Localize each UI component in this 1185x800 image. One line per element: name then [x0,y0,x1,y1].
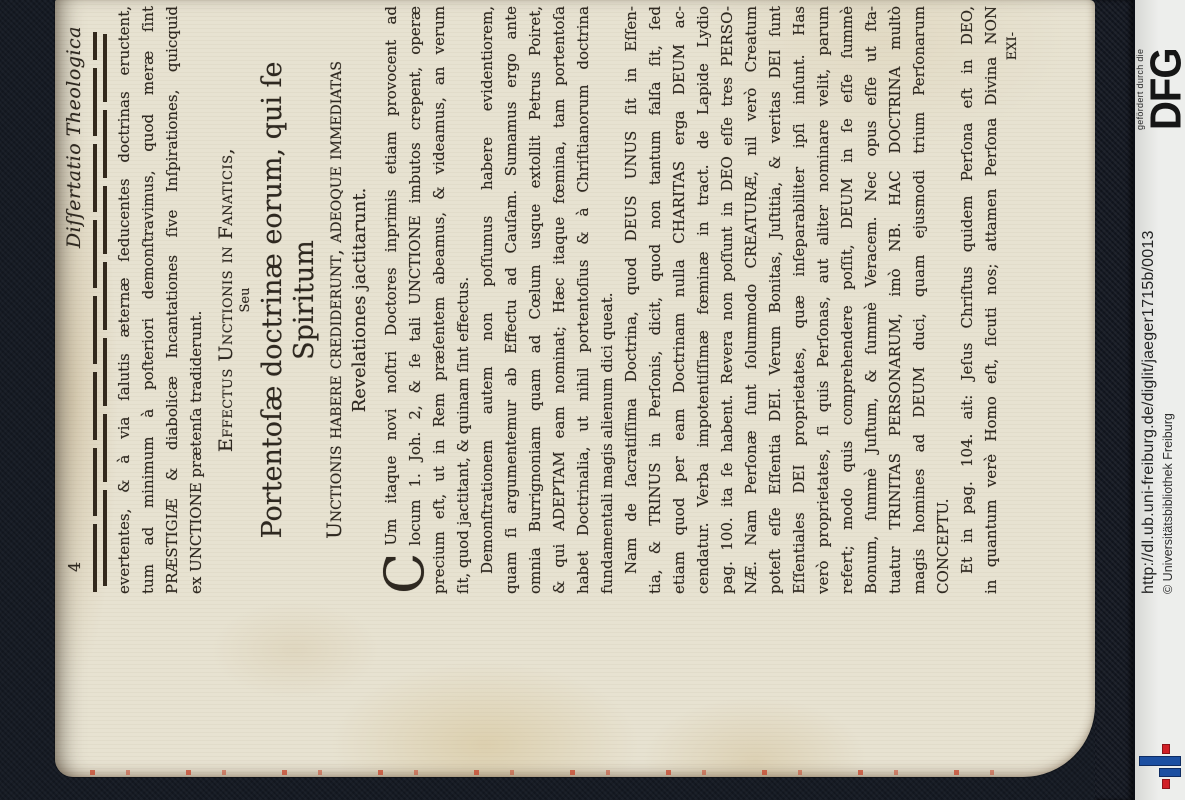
text-line: quam ſi argumentemur ab Effectu ad Cauſa… [499,6,523,594]
dfg-logo-area: gefördert durch die DFG [1135,8,1185,130]
text-line: pag. 100. ita ſe habent. Revera non poſſ… [715,6,739,594]
text-line: Nam de ſacratiſſima Doctrina, quod DEUS … [619,6,643,594]
ub-freiburg-logo [1135,740,1185,800]
book-page: 4 Diſſertatio Theologica evertentes, & à… [55,0,1095,777]
catchword: EXI- [1005,6,1021,594]
text-line: locum 1. Joh. 2, & ſe tali UNCTIONE imbu… [403,6,427,594]
text-line: poteſt eſſe Eſſentia DEI. Verum Bonitas,… [763,6,787,594]
ub-logo-blue-bar-long [1139,756,1181,766]
text-line: ſit, quod jactitant, & quinam ſint effec… [451,6,475,594]
text-line: evertentes, & à via ſalutis æternæ ſeduc… [112,6,136,594]
text-line: & qui ADEPTAM eam nominat; Hæc itaque fœ… [547,6,571,594]
red-sprinkled-page-edge [90,770,1020,775]
section-heading: Effectus Unctionis in Fanaticis, [215,6,238,594]
paragraph-demonstration: Demonſtrationem autem non poſſumus haber… [475,6,619,594]
text-line: Demonſtrationem autem non poſſumus haber… [475,6,499,594]
dfg-logo: DFG [1145,8,1185,130]
section-subword: Seu [238,6,253,594]
text-line: Bonum, ſummè Juſtum, & ſummè Veracem. Ne… [859,6,883,594]
running-header: Diſſertatio Theologica [63,26,85,248]
text-line: Et in pag. 104. ait: Jeſus Chriſtus quid… [955,6,979,594]
dfg-logo-rotated: gefördert durch die DFG [1135,8,1185,130]
text-line: etiam quod per eam Doctrinam nulla CHARI… [667,6,691,594]
double-rule-top [93,32,97,592]
scan-credit-area: http://dl.ub.uni-freiburg.de/diglit/jaeg… [1138,132,1184,594]
ub-logo-blue-bar-short [1159,768,1181,777]
ub-logo-red-square-bottom [1162,779,1170,789]
text-line: habet Doctrinalia, ut nihil portentoſius… [571,6,595,594]
scan-credit-rotated: http://dl.ub.uni-freiburg.de/diglit/jaeg… [1138,132,1184,594]
text-line: CONCEPTU. [931,6,955,594]
text-line: in quantum verè Homo eſt, ſicuti nos; at… [979,6,1003,594]
text-line: refert; modo quis comprehendere poſſit, … [835,6,859,594]
copyright-notice: © Universitätsbibliothek Freiburg [1160,132,1177,594]
page-header-row: 4 Diſſertatio Theologica [60,6,93,594]
paragraph-unction-lines: Um itaque novi noſtri Doctores inprimis … [379,6,475,594]
paragraph-doctrina: Nam de ſacratiſſima Doctrina, quod DEUS … [619,6,955,594]
scan-viewport: 4 Diſſertatio Theologica evertentes, & à… [0,0,1185,800]
text-line: ex UNCTIONE prætenſa tradiderunt. [184,6,208,594]
text-line: tia, & TRINUS in Perſonis, dicit, quod n… [643,6,667,594]
title-line-3: Revelationes jactitarunt. [348,6,372,594]
double-rule-bottom [103,32,107,592]
text-line: fundamentali magis alienum dici queat. [595,6,619,594]
title-block: Portentoſæ doctrinæ eorum, qui ſe Spirit… [257,6,372,594]
page-text-block: 4 Diſſertatio Theologica evertentes, & à… [60,6,1000,594]
page-number: 4 [65,562,84,572]
scan-url: http://dl.ub.uni-freiburg.de/diglit/jaeg… [1138,132,1160,594]
scan-info-strip: gefördert durch die DFG http://dl.ub.uni… [1133,0,1185,800]
text-line: tuatur TRINITAS PERSONARUM, imò NB. HAC … [883,6,907,594]
ub-logo-red-square-top [1162,744,1170,754]
title-line-2: Unctionis habere crediderunt, adeoque im… [321,6,348,594]
title-line-1: Portentoſæ doctrinæ eorum, qui ſe Spirit… [257,6,321,594]
paragraph-quote: Et in pag. 104. ait: Jeſus Chriſtus quid… [955,6,1003,594]
paragraph-continuation: evertentes, & à via ſalutis æternæ ſeduc… [112,6,208,594]
drop-cap: C [379,546,427,594]
text-line: Um itaque novi noſtri Doctores inprimis … [379,6,403,594]
text-line: precium eſt, ut in Rem præſentem abeamus… [427,6,451,594]
text-line: tum ad minimum à poſteriori demonſtravim… [136,6,160,594]
book-cover-band [1095,0,1133,800]
paragraph-unction: C Um itaque novi noſtri Doctores inprimi… [379,6,475,594]
text-line: cendatur. Verba impotentiſſimæ fœminæ in… [691,6,715,594]
text-line: PRÆSTIGIÆ & diabolicæ Incantationes ſive… [160,6,184,594]
text-line: omnia Burrignoniam quam ad Cœlum usque e… [523,6,547,594]
text-line: NÆ. Nam Perſonæ ſunt ſolummodo CREATURÆ,… [739,6,763,594]
text-line: magis homines ad DEUM duci, quam ejusmod… [907,6,931,594]
rotated-text-area: 4 Diſſertatio Theologica evertentes, & à… [60,6,1000,594]
text-line: verò proprietates, ſi quis Perſonas, aut… [811,6,835,594]
text-line: Eſſentiales DEI proprietates, quæ inſepa… [787,6,811,594]
